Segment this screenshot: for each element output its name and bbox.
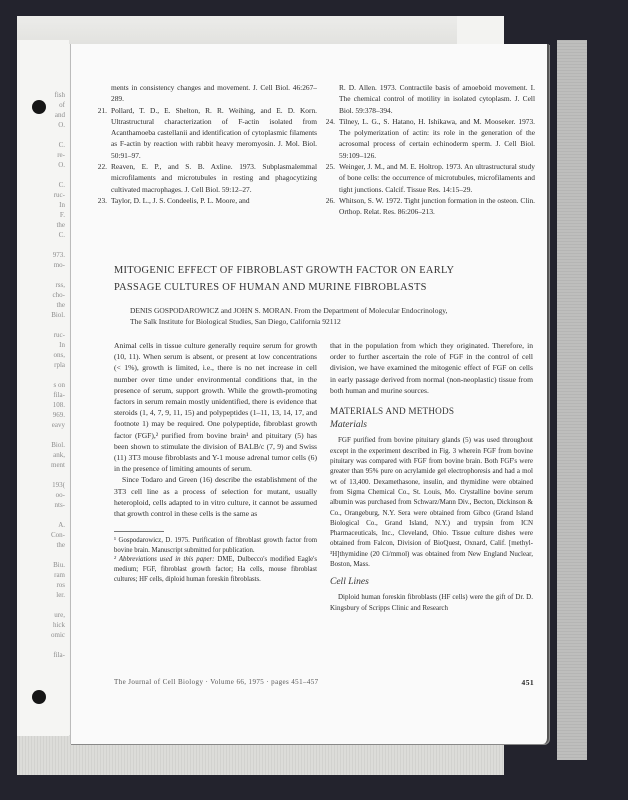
- underlying-text-fragment: of: [59, 100, 65, 110]
- underlying-text-fragment: oo-: [56, 490, 65, 500]
- article-authors: DENIS GOSPODAROWICZ and JOHN S. MORAN. F…: [130, 305, 540, 327]
- reference-item: 25.Weinger, J. M., and M. E. Holtrop. 19…: [320, 161, 535, 195]
- underlying-text-fragment: fish: [55, 90, 66, 100]
- underlying-text-fragment: ruc-: [54, 330, 65, 340]
- underlying-page-edge: fishofandO.C.re-O.C.ruc-InF.theC.973.mo-…: [17, 40, 69, 736]
- reference-item: 23.Taylor, D. L., J. S. Condeelis, P. L.…: [92, 195, 317, 206]
- body-left-column: Animal cells in tissue culture generally…: [114, 340, 317, 584]
- underlying-text-fragment: omic: [51, 630, 65, 640]
- underlying-text-fragment: the: [56, 300, 65, 310]
- intro-paragraph: Animal cells in tissue culture generally…: [114, 340, 317, 474]
- underlying-text-fragment: fila-: [53, 390, 65, 400]
- footnote-1: ¹ Gospodarowicz, D. 1975. Purification o…: [114, 536, 317, 555]
- underlying-text-fragment: s on: [54, 380, 65, 390]
- underlying-text-fragment: Con-: [51, 530, 65, 540]
- scan-shadow-right: [557, 40, 587, 760]
- journal-citation: The Journal of Cell Biology · Volume 66,…: [114, 678, 319, 687]
- underlying-text-fragment: O.: [58, 160, 65, 170]
- underlying-text-fragment: C.: [59, 230, 65, 240]
- underlying-text-fragment: ler.: [56, 590, 65, 600]
- underlying-text-fragment: mo-: [54, 260, 65, 270]
- underlying-text-fragment: C.: [59, 180, 65, 190]
- footnote-2: ² Abbreviations used in this paper: DME,…: [114, 555, 317, 584]
- cell-lines-paragraph: Diploid human foreskin fibroblasts (HF c…: [330, 592, 533, 613]
- footnote-divider: [114, 531, 164, 532]
- underlying-text-fragment: In: [59, 200, 65, 210]
- punch-hole-top: [32, 100, 46, 114]
- article-title: MITOGENIC EFFECT OF FIBROBLAST GROWTH FA…: [114, 262, 534, 296]
- page-number: 451: [522, 678, 534, 687]
- underlying-text-fragment: ment: [51, 460, 65, 470]
- underlying-text-fragment: re-: [57, 150, 65, 160]
- page-footer: The Journal of Cell Biology · Volume 66,…: [114, 678, 534, 687]
- underlying-text-fragment: the: [56, 220, 65, 230]
- body-right-column: that in the population from which they o…: [330, 340, 533, 613]
- section-heading-materials-methods: MATERIALS AND METHODS: [330, 406, 533, 417]
- underlying-text-fragment: Biol.: [51, 310, 65, 320]
- reference-item: 21.Pollard, T. D., E. Shelton, R. R. Wei…: [92, 105, 317, 161]
- underlying-text-fragment: ure,: [54, 610, 65, 620]
- underlying-text-fragment: ruc-: [54, 190, 65, 200]
- underlying-text-fragment: fila-: [53, 650, 65, 660]
- punch-hole-bottom: [32, 690, 46, 704]
- reference-item: ments in consistency changes and movemen…: [92, 82, 317, 105]
- reference-item: 24.Tilney, L. G., S. Hatano, H. Ishikawa…: [320, 116, 535, 161]
- underlying-text-fragment: eavy: [52, 420, 65, 430]
- references-left-column: ments in consistency changes and movemen…: [92, 82, 317, 206]
- underlying-text-fragment: cho-: [53, 290, 65, 300]
- materials-paragraph: FGF purified from bovine pituitary gland…: [330, 435, 533, 569]
- subsection-heading-materials: Materials: [330, 420, 533, 431]
- intro-paragraph-continued: that in the population from which they o…: [330, 340, 533, 396]
- intro-paragraph-2: Since Todaro and Green (16) describe the…: [114, 474, 317, 519]
- underlying-text-fragment: rpla: [54, 360, 65, 370]
- underlying-text-fragment: hick: [53, 620, 65, 630]
- underlying-text-fragment: rss,: [55, 280, 65, 290]
- reference-item: R. D. Allen. 1973. Contractile basis of …: [320, 82, 535, 116]
- underlying-text-fragment: O.: [58, 120, 65, 130]
- underlying-text-fragment: 969.: [53, 410, 65, 420]
- underlying-text-fragment: Biu.: [53, 560, 65, 570]
- reference-item: 26.Whitson, S. W. 1972. Tight junction f…: [320, 195, 535, 218]
- underlying-text-fragment: C.: [59, 140, 65, 150]
- underlying-text-fragment: ros: [56, 580, 65, 590]
- scan-shadow-top: [17, 16, 457, 44]
- underlying-text-fragment: the: [56, 540, 65, 550]
- underlying-text-fragment: ons,: [54, 350, 65, 360]
- underlying-text-fragment: nts-: [55, 500, 66, 510]
- references-right-column: R. D. Allen. 1973. Contractile basis of …: [320, 82, 535, 218]
- underlying-text-fragment: and: [55, 110, 65, 120]
- underlying-text-fragment: F.: [60, 210, 65, 220]
- underlying-text-fragment: 973.: [53, 250, 65, 260]
- underlying-text-fragment: In: [59, 340, 65, 350]
- underlying-text-fragment: ram: [54, 570, 65, 580]
- underlying-text-fragment: 108.: [53, 400, 65, 410]
- underlying-text-fragment: ank,: [53, 450, 65, 460]
- underlying-text-fragment: 193(: [52, 480, 65, 490]
- underlying-text-fragment: A.: [58, 520, 65, 530]
- subsection-heading-cell-lines: Cell Lines: [330, 577, 533, 588]
- underlying-text-fragment: Biol.: [51, 440, 65, 450]
- reference-item: 22.Reaven, E. P., and S. B. Axline. 1973…: [92, 161, 317, 195]
